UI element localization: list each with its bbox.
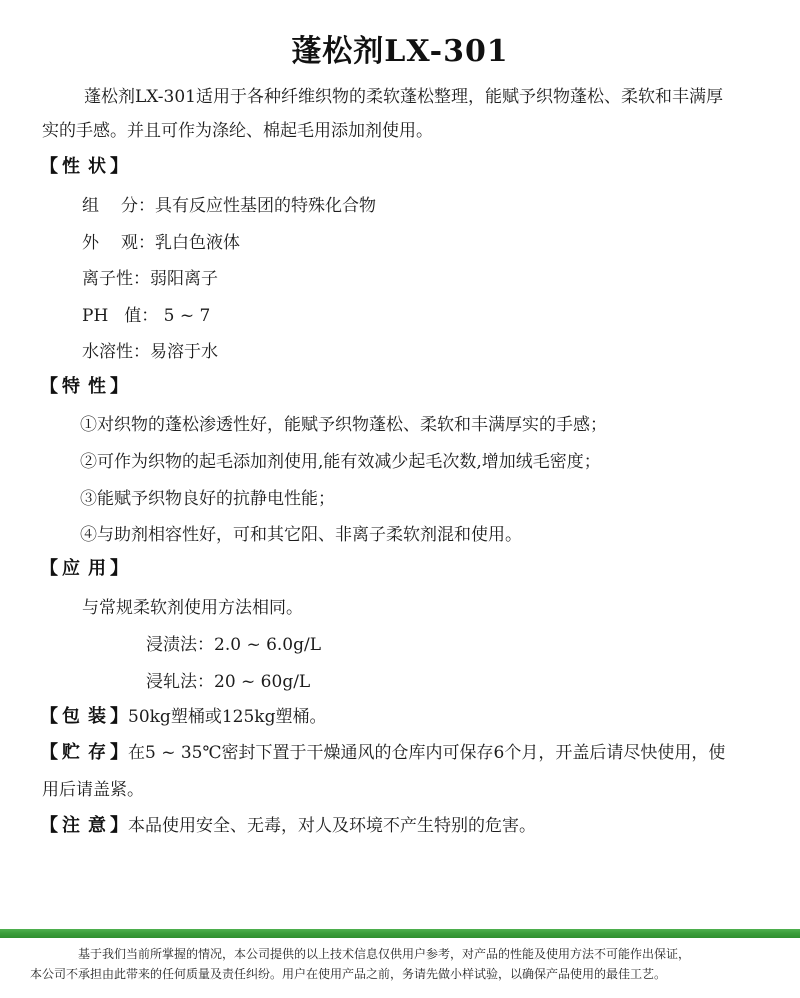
section-storage: 【贮存】在5 ~ 35℃密封下置于干燥通风的仓库内可保存6个月，开盖后请尽快使用… — [40, 742, 725, 764]
section-caution: 【注意】本品使用安全、无毒，对人及环境不产生特别的危害。 — [40, 815, 536, 837]
document-title: 蓬松剂LX-301 — [0, 26, 800, 70]
property-solubility: 水溶性：易溶于水 — [82, 341, 218, 363]
bracket-close: 】 — [110, 156, 128, 177]
property-composition: 组分：具有反应性基团的特殊化合物 — [82, 195, 376, 217]
property-ph: PH值： 5 ~ 7 — [82, 305, 210, 327]
section-heading-application: 【应用】 — [40, 558, 128, 580]
section-heading-properties: 【性状】 — [40, 156, 128, 178]
section-heading-features: 【特性】 — [40, 376, 128, 398]
application-method-pad: 浸轧法：20 ~ 60g/L — [146, 671, 310, 693]
feature-item-1: ①对织物的蓬松渗透性好，能赋予织物蓬松、柔软和丰满厚实的手感； — [80, 414, 607, 436]
caution-text: 本品使用安全、无毒，对人及环境不产生特别的危害。 — [128, 816, 536, 836]
intro-line-1: 蓬松剂LX-301适用于各种纤维织物的柔软蓬松整理，能赋予织物蓬松、柔软和丰满厚 — [84, 86, 723, 108]
footer-disclaimer-line-2: 本公司不承担由此带来的任何质量及责任纠纷。用户在使用产品之前，务请先做小样试验，… — [30, 966, 666, 982]
feature-item-4: ④与助剂相容性好，可和其它阳、非离子柔软剂混和使用。 — [80, 524, 522, 546]
storage-text-line-2: 用后请盖紧。 — [42, 779, 144, 801]
section-packaging: 【包装】50kg塑桶或125kg塑桶。 — [40, 706, 326, 728]
bracket-open: 【 — [40, 156, 58, 177]
footer-divider-bar — [0, 929, 800, 938]
application-method-dip: 浸渍法：2.0 ~ 6.0g/L — [146, 634, 321, 656]
intro-line-2: 实的手感。并且可作为涤纶、棉起毛用添加剂使用。 — [42, 120, 433, 142]
packaging-text: 50kg塑桶或125kg塑桶。 — [128, 707, 326, 727]
application-text: 与常规柔软剂使用方法相同。 — [82, 597, 303, 619]
feature-item-3: ③能赋予织物良好的抗静电性能； — [80, 488, 335, 510]
property-appearance: 外观：乳白色液体 — [82, 232, 240, 254]
property-ionicity: 离子性：弱阳离子 — [82, 268, 218, 290]
feature-item-2: ②可作为织物的起毛添加剂使用,能有效减少起毛次数,增加绒毛密度； — [80, 451, 601, 473]
storage-text-line-1: 在5 ~ 35℃密封下置于干燥通风的仓库内可保存6个月，开盖后请尽快使用，使 — [128, 743, 725, 763]
footer-disclaimer-line-1: 基于我们当前所掌握的情况，本公司提供的以上技术信息仅供用户参考，对产品的性能及使… — [78, 946, 690, 962]
